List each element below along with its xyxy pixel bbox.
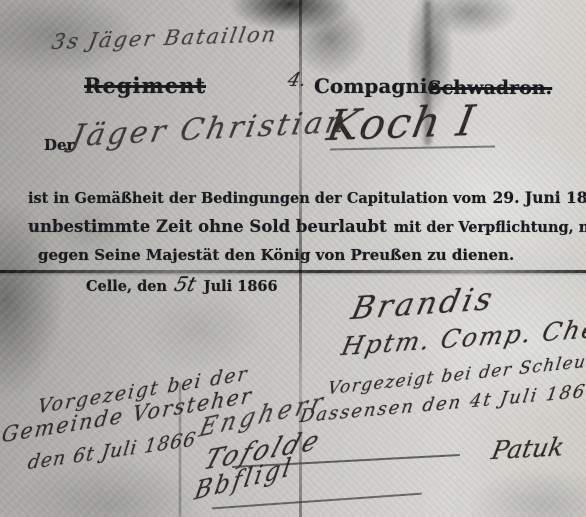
body-line-2-regular: mit der Verpflichtung, nicht xyxy=(394,219,586,236)
body-line-1: ist in Gemäßheit der Bedingungen der Cap… xyxy=(28,188,586,207)
right-note-signature: Patuk xyxy=(489,432,567,465)
regiment-label-struck: Regiment xyxy=(84,73,206,98)
document-page: 3s Jäger Bataillon Regiment 4. Compagnie… xyxy=(0,0,586,517)
surname-handwritten: Koch I xyxy=(324,96,481,151)
issue-day-handwritten: 5t xyxy=(172,272,199,296)
company-label: Compagnie xyxy=(314,74,440,98)
body-line-2: unbestimmte Zeit ohne Sold beurlaubtmit … xyxy=(28,217,586,236)
signature-pen-stroke-2 xyxy=(212,493,422,510)
body-line-1-regular: ist in Gemäßheit der Bedingungen der Cap… xyxy=(28,190,487,207)
body-line-1-bold: 29. Juni 1866 auf xyxy=(493,188,586,207)
unit-handwritten: 3s Jäger Bataillon xyxy=(50,22,280,54)
squadron-label-struck: Schwadron. xyxy=(428,77,552,99)
issue-month-year-label: Juli 1866 xyxy=(204,278,278,295)
body-line-2-bold: unbestimmte Zeit ohne Sold beurlaubt xyxy=(28,217,387,236)
issue-date-line: Celle, den5tJuli 1866 xyxy=(86,272,278,296)
body-line-3: gegen Seine Majestät den König von Preuß… xyxy=(38,246,514,264)
company-chief-signature: Brandis xyxy=(348,281,498,328)
rank-firstname-handwritten: Jäger Christian xyxy=(69,104,352,154)
horizontal-fold-crease xyxy=(0,270,586,273)
issue-place-label: Celle, den xyxy=(86,278,167,295)
company-number-handwritten: 4. xyxy=(285,69,309,91)
